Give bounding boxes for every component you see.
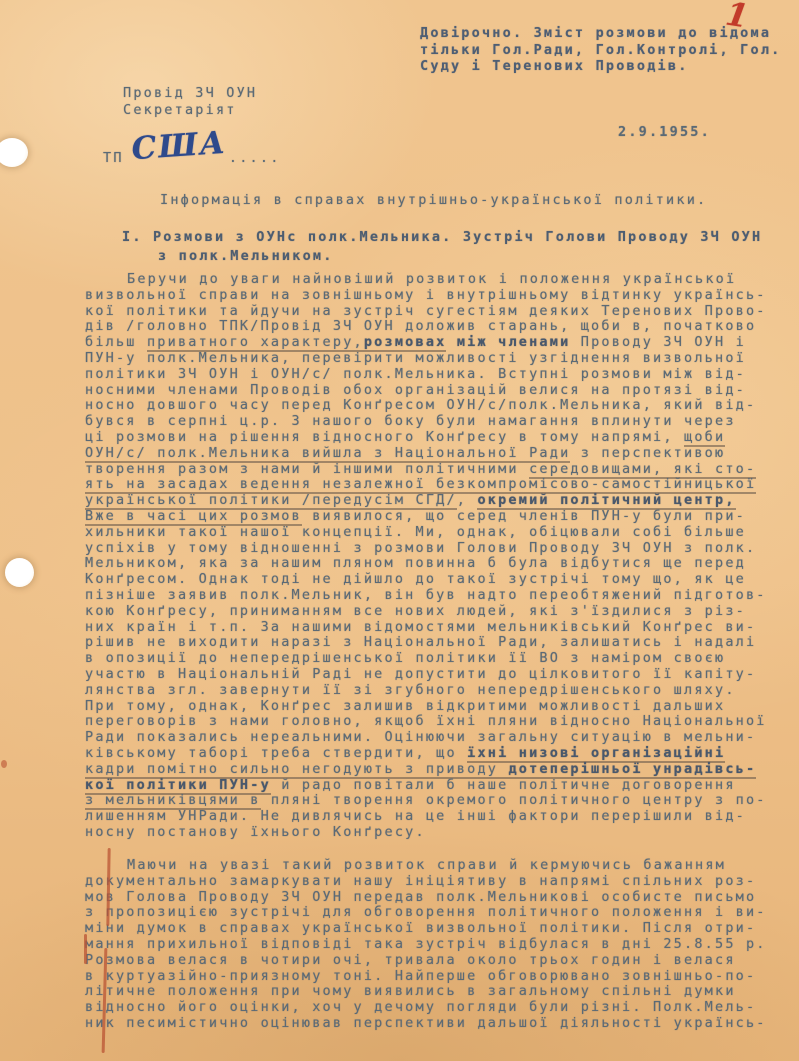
text-line: Беручи до уваги найновіший розвиток і по… bbox=[85, 272, 767, 288]
sender-block: Провід ЗЧ ОУН Секретаріят bbox=[123, 85, 257, 118]
text-line: Вже в часі цих розмов виявилося, що сере… bbox=[85, 509, 767, 525]
red-margin-dot bbox=[1, 760, 7, 768]
text-line: успіхів у тому відношенні з розмови Голо… bbox=[85, 541, 767, 557]
text-line: політики ЗЧ ОУН і ОУН/с/ полк.Мельника. … bbox=[85, 367, 767, 383]
hole-punch-top bbox=[0, 138, 28, 167]
text-line: І. Розмови з ОУНс полк.Мельника. Зустріч… bbox=[122, 228, 762, 247]
text-line: документально замаркувати нашу ініціятив… bbox=[85, 874, 767, 890]
red-margin-mark-2 bbox=[84, 934, 87, 964]
text-line: лишенням УНРади. Не дивлячись на це інші… bbox=[85, 809, 767, 825]
text-line: визвольної справи на зовнішньому і внутр… bbox=[85, 288, 767, 304]
body-paragraph-2: Маючи на увазі такий розвиток справи й к… bbox=[85, 858, 767, 1032]
text-line: бувся в серпні ц.р. З нашого боку були н… bbox=[85, 414, 767, 430]
text-line: ник песимістично оцінював перспективи да… bbox=[85, 1016, 767, 1032]
tp-label: ТП bbox=[103, 150, 124, 166]
text-line: Мельником, яка за нашим пляном повинна б… bbox=[85, 556, 767, 572]
text-segment bbox=[446, 334, 456, 350]
text-line: При тому, однак, Конґрес залишив відкрит… bbox=[85, 699, 767, 715]
text-segment: ківському таборі треба ствердити, що bbox=[85, 745, 467, 761]
text-line: з пропозицією зустрічі для обговорення п… bbox=[85, 905, 767, 921]
text-line: носно довшого часу перед Конґресом ОУН/с… bbox=[85, 398, 767, 414]
text-line: рішив не виходити наразі з Національної … bbox=[85, 635, 767, 651]
text-line: творення разом з нами й іншими політични… bbox=[85, 462, 767, 478]
text-line: ці розмови на рішення відносного Конґрес… bbox=[85, 430, 767, 446]
text-segment: творення разом з нами й іншими політични… bbox=[85, 461, 529, 477]
text-line: міни думок в справах української визволь… bbox=[85, 921, 767, 937]
text-segment: з перспективою bbox=[570, 445, 725, 461]
body-paragraph-1: Беручи до уваги найновіший розвиток і по… bbox=[85, 272, 767, 841]
text-line: літичне положення при чому виявились в з… bbox=[85, 984, 767, 1000]
text-line: Конґресом. Однак тоді не дійшло до такої… bbox=[85, 572, 767, 588]
org-name: Провід ЗЧ ОУН bbox=[123, 85, 257, 102]
text-line: Маючи на увазі такий розвиток справи й к… bbox=[85, 858, 767, 874]
text-segment: виявилося, що серед членів ПУН-у були пр… bbox=[302, 508, 746, 524]
text-line: носну постанову їхнього Конґресу. bbox=[85, 825, 767, 841]
scanned-document-page: 1 Довірочно. Зміст розмови до відоматіль… bbox=[0, 0, 799, 1061]
text-line: ПУН-у полк.Мельника, перевірити можливос… bbox=[85, 351, 767, 367]
text-segment: , bbox=[457, 492, 478, 508]
text-line: пізніше заявив полк.Мельник, він був над… bbox=[85, 588, 767, 604]
text-line: носними членами Проводів обох організаці… bbox=[85, 383, 767, 399]
text-segment: між членами bbox=[457, 334, 571, 350]
section-heading: І. Розмови з ОУНс полк.Мельника. Зустріч… bbox=[122, 228, 762, 265]
text-segment: більш bbox=[85, 334, 147, 350]
text-line: Розмова велася в чотири очі, тривала око… bbox=[85, 953, 767, 969]
text-line: них країн і т.п. За нашими відомостями м… bbox=[85, 620, 767, 636]
text-line: Суду і Теренових Проводів. bbox=[420, 58, 781, 75]
text-line: з мельниківцями в пляні творення окремог… bbox=[85, 793, 767, 809]
text-line: переговорів з нами головно, якщоб їхні п… bbox=[85, 714, 767, 730]
text-line: Ради показались нереальними. Оцінюючи за… bbox=[85, 730, 767, 746]
text-line: лянства згл. завернути її зі згубного не… bbox=[85, 683, 767, 699]
text-line: кої політики ПУН-у й радо повітали б наш… bbox=[85, 778, 767, 794]
text-segment: ці розмови на рішення відносного Конґрес… bbox=[85, 429, 684, 445]
tp-dots: ..... bbox=[229, 150, 281, 166]
text-line: дів /головно ТПК/Провід ЗЧ ОУН доложив с… bbox=[85, 319, 767, 335]
text-segment: пляні творення окремого політичного цент… bbox=[261, 792, 767, 808]
org-dept: Секретаріят bbox=[123, 102, 257, 119]
document-title: Інформація в справах внутрішньо-українсь… bbox=[160, 192, 707, 208]
text-line: ять на засадах ведення незалежної безком… bbox=[85, 477, 767, 493]
text-line: відносно його оцінки, хоч у дечому погля… bbox=[85, 1000, 767, 1016]
text-line: української політики /передусім СГД/, ок… bbox=[85, 493, 767, 509]
text-segment: Проводу ЗЧ ОУН і bbox=[570, 334, 746, 350]
text-line: з полк.Мельником. bbox=[158, 247, 762, 266]
text-line: хильники такої нашої концепції. Ми, одна… bbox=[85, 525, 767, 541]
text-line: в куртуазійно-приязному тоні. Найперше о… bbox=[85, 969, 767, 985]
text-line: ОУН/с/ полк.Мельника вийшла з Національн… bbox=[85, 446, 767, 462]
text-line: ківському таборі треба ствердити, що їхн… bbox=[85, 746, 767, 762]
text-line: мання прихильної відповіді така зустріч … bbox=[85, 937, 767, 953]
text-line: більш приватного характеру,розмовах між … bbox=[85, 335, 767, 351]
handwritten-usa: США bbox=[130, 125, 228, 168]
text-line: участю в Національній Раді не допустити … bbox=[85, 667, 767, 683]
text-line: Довірочно. Зміст розмови до відома bbox=[420, 25, 781, 42]
text-line: кою Конґресу, приниманням все нових люде… bbox=[85, 604, 767, 620]
text-line: в опозиції до непередрішенської політики… bbox=[85, 651, 767, 667]
text-line: тільки Гол.Ради, Гол.Контролі, Гол. bbox=[420, 42, 781, 59]
document-date: 2.9.1955. bbox=[618, 124, 711, 140]
confidentiality-note: Довірочно. Зміст розмови до відоматільки… bbox=[420, 25, 781, 75]
text-segment: й радо повітали б наше політичне договор… bbox=[271, 777, 736, 793]
text-line: кадри помітно сильно негодують з приводу… bbox=[85, 762, 767, 778]
tp-line: ТПСША..... bbox=[103, 134, 281, 168]
hole-punch-middle bbox=[5, 558, 34, 587]
